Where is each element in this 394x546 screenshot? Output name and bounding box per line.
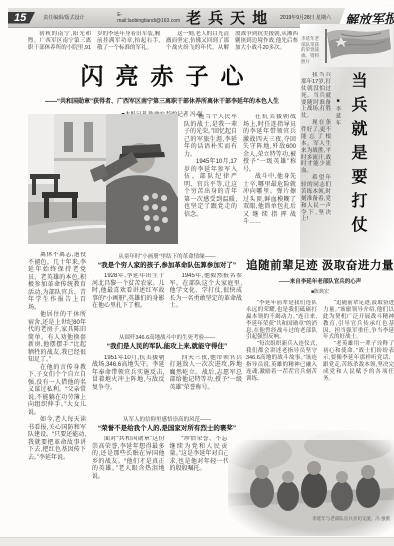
second-article-body: “李延年前辈是我们连队永远的荣耀,也是我们砥砺打赢本领的不竭动力。”连日来,李延… bbox=[246, 300, 394, 428]
second-article-subtitle: ——来自李延年老部队官兵的心声 bbox=[246, 277, 394, 285]
section-kicker-3: 从军人的信仰里感悟崇高的风范—— bbox=[92, 415, 242, 423]
photoside-text: “能当个人民军队的战士,是我一辈子的光荣。”回忆起自己的军旅生涯,李延年的话语朴… bbox=[184, 114, 296, 244]
section-text-1: 1928年,李延年出生于河北昌黎一个贫苦农家。儿时,他最喜欢看讲述红军故事的“小… bbox=[92, 273, 242, 329]
newspaper-page: 15 责任编辑/版式设计 E-mail:laobingtiandi@163.co… bbox=[0, 0, 394, 546]
section-kicker-1: 从童年时“小画册”里结下的革命情缘—— bbox=[92, 252, 242, 260]
page-number: 15 bbox=[8, 12, 35, 24]
group-photo-caption: 李延年与老部队官兵亲切交流。冯 强摄 bbox=[312, 516, 390, 522]
header-strip: 15 责任编辑/版式设计 E-mail:laobingtiandi@163.co… bbox=[8, 8, 345, 28]
main-subtitle: ——“共和国勋章”获得者、广西军区南宁第三离职干部休养所离休干部李延年的本色人生 bbox=[28, 96, 296, 105]
main-headline-block: 闪亮赤子心 ——“共和国勋章”获得者、广西军区南宁第三离职干部休养所离休干部李延… bbox=[28, 58, 296, 118]
editor-credits: 责任编辑/版式设计 bbox=[43, 14, 113, 21]
veteran-photo-graphic bbox=[28, 114, 178, 244]
lead-paragraphs: 初秋的南宁,阳光和煦。广西军区南宁第三离职干部休养所的小院里,91岁的李延年身着… bbox=[28, 31, 298, 57]
section-text-3: 面对“共和国勋章”这份崇高荣誉,李延年想得最多的,还是那些长眠在异国他乡的战友。… bbox=[92, 436, 242, 492]
section-title: 老兵天地 bbox=[186, 7, 274, 28]
section-kicker-2: 从围歼346.6高地战斗中的生死考验—— bbox=[92, 333, 242, 341]
flag-photo-row: 李延年老部队荣获的荣誉战旗。资料照片 bbox=[301, 25, 393, 67]
section-quote-3: “荣誉不是给我个人的,是国家对所有烈士的褒奖” bbox=[92, 425, 242, 433]
main-column-1: 离休不离志,退役不褪色。几十年来,李延年始终保持老党员、老英雄的本色,积极参加革… bbox=[28, 252, 86, 534]
rail-byline: ■李延年 bbox=[335, 98, 342, 254]
issue-date: 2019年9月28日 星期六 bbox=[280, 14, 331, 21]
rail-content-row: 我当兵那年17岁,打仗就没怕过死。当兵就要随时准备上战场,打胜仗。现在条件好了,… bbox=[301, 72, 393, 254]
section-text-2: 1951年10月,抗美援朝战场,346.6高地失守。李延年奉命带领官兵实施反击,… bbox=[92, 355, 242, 411]
battle-flag-photo bbox=[321, 25, 393, 67]
second-article: 追随前辈足迹 汲取奋进力量 ——来自李延年老部队官兵的心声 ■陈典宏 “李延年前… bbox=[246, 257, 394, 428]
page-bottom-band bbox=[0, 537, 394, 546]
veteran-photo bbox=[28, 114, 178, 244]
right-rail-article: 李延年老部队荣获的荣誉战旗。资料照片 我当兵那年17岁,打仗就没怕过死。当兵就要… bbox=[300, 24, 394, 258]
section-quote-1: “我是个穷人家的孩子,参加革命队伍算参加对了” bbox=[92, 262, 242, 270]
flag-photo-caption: 李延年老部队荣获的荣誉战旗。资料照片 bbox=[301, 36, 321, 67]
second-article-byline: ■陈典宏 bbox=[246, 288, 394, 295]
section-quote-2: “我们是人民的军队,能攻上来,就能守得住” bbox=[92, 343, 242, 351]
rail-vertical-headline: 当兵就是要打仗 bbox=[346, 72, 369, 254]
main-column-rest: 从童年时“小画册”里结下的革命情缘—— “我是个穷人家的孩子,参加革命队伍算参加… bbox=[92, 252, 242, 534]
section-email: E-mail:laobingtiandi@163.com bbox=[117, 12, 180, 24]
second-article-title: 追随前辈足迹 汲取奋进力量 bbox=[246, 257, 394, 273]
group-photo: 李延年与老部队官兵亲切交流。冯 强摄 bbox=[228, 430, 394, 536]
main-headline: 闪亮赤子心 bbox=[28, 58, 296, 91]
rail-text-column: 我当兵那年17岁,打仗就没怕过死。当兵就要随时准备上战场,打胜仗。现在条件好了,… bbox=[301, 72, 331, 254]
main-article-body: 离休不离志,退役不褪色。几十年来,李延年始终保持老党员、老英雄的本色,积极参加革… bbox=[28, 252, 242, 534]
